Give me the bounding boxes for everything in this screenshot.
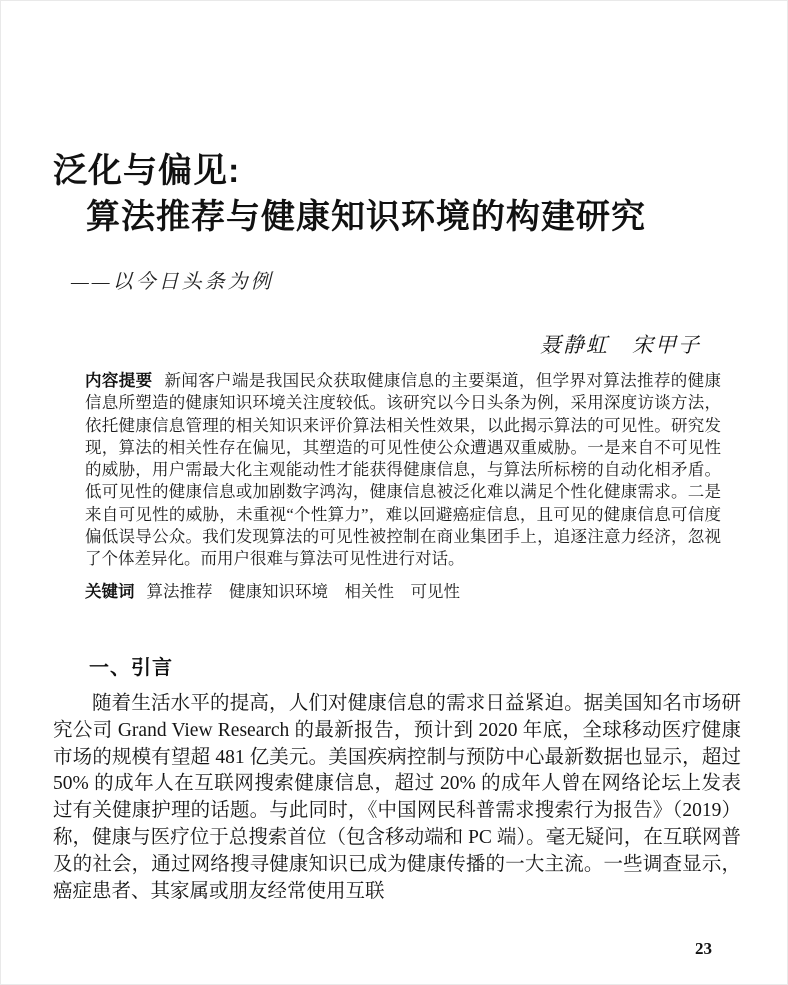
keywords-line: 关键词算法推荐 健康知识环境 相关性 可见性 bbox=[85, 581, 721, 603]
article-title-line-1: 泛化与偏见: bbox=[53, 149, 743, 193]
article-title: 泛化与偏见: 算法推荐与健康知识环境的构建研究 bbox=[53, 149, 743, 239]
keywords-label: 关键词 bbox=[85, 583, 135, 601]
abstract-text: 新闻客户端是我国民众获取健康信息的主要渠道，但学界对算法推荐的健康信息所塑造的健… bbox=[85, 371, 721, 568]
body-text: 随着生活水平的提高，人们对健康信息的需求日益紧迫。据美国知名市场研究公司 Gra… bbox=[53, 691, 741, 905]
abstract-block: 内容提要新闻客户端是我国民众获取健康信息的主要渠道，但学界对算法推荐的健康信息所… bbox=[85, 370, 721, 603]
abstract-label: 内容提要 bbox=[85, 372, 153, 390]
abstract-paragraph: 内容提要新闻客户端是我国民众获取健康信息的主要渠道，但学界对算法推荐的健康信息所… bbox=[85, 370, 721, 571]
journal-article-page: 泛化与偏见: 算法推荐与健康知识环境的构建研究 ——以今日头条为例 聂静虹 宋甲… bbox=[0, 0, 788, 985]
article-title-line-2: 算法推荐与健康知识环境的构建研究 bbox=[86, 195, 743, 239]
article-subtitle: ——以今日头条为例 bbox=[71, 265, 274, 294]
page-number: 23 bbox=[695, 939, 712, 959]
section-heading-introduction: 一、引言 bbox=[89, 651, 173, 680]
article-authors: 聂静虹 宋甲子 bbox=[540, 329, 701, 359]
body-paragraph: 随着生活水平的提高，人们对健康信息的需求日益紧迫。据美国知名市场研究公司 Gra… bbox=[53, 691, 741, 905]
keywords-terms: 算法推荐 健康知识环境 相关性 可见性 bbox=[147, 582, 461, 601]
